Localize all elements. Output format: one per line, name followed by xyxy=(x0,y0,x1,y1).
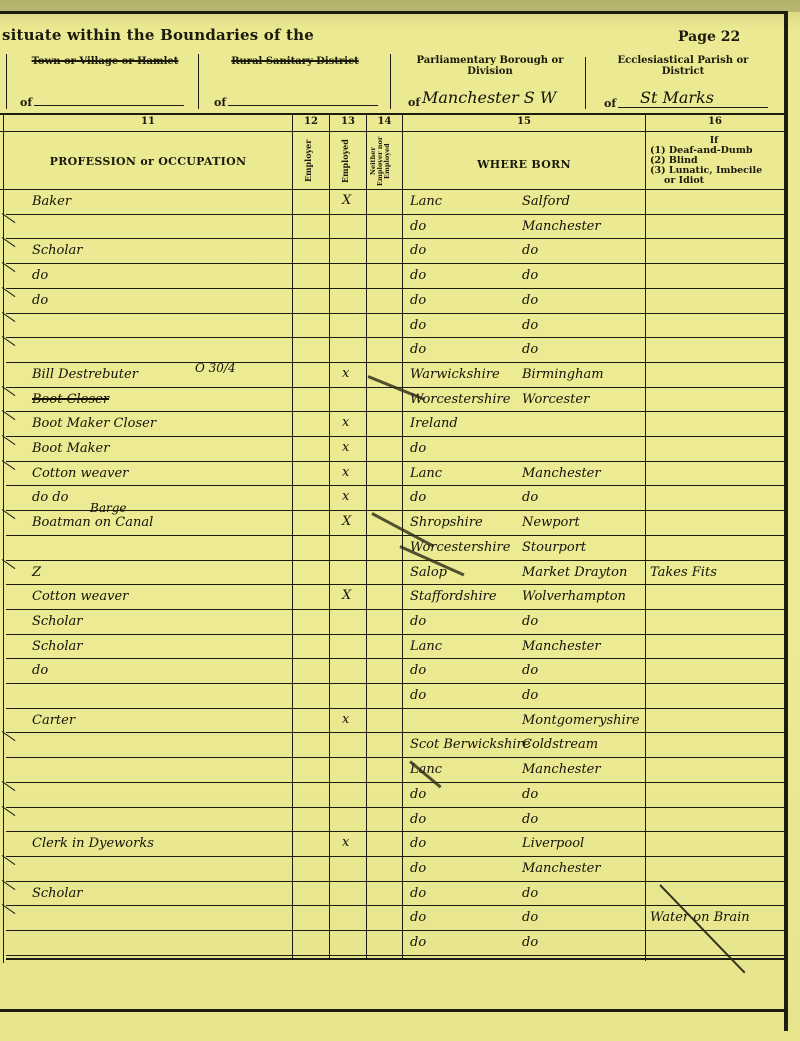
birth-town-cell: do xyxy=(522,935,538,950)
table-row: dododo xyxy=(0,659,782,683)
birth-town-cell: do xyxy=(522,268,538,283)
birth-county-cell: Shropshire xyxy=(410,515,483,530)
birth-county-cell: do xyxy=(410,293,426,308)
table-row: ScholarLancManchester xyxy=(0,635,782,659)
col-number-14: 14 xyxy=(367,116,402,127)
birth-town-cell: Manchester xyxy=(522,466,601,481)
birth-county-cell: do xyxy=(410,688,426,703)
birth-town-cell: do xyxy=(522,243,538,258)
birth-county-cell: do xyxy=(410,243,426,258)
birth-town-cell: do xyxy=(522,318,538,333)
district-label-parliamentary: Parliamentary Borough or Division xyxy=(405,55,575,77)
birth-town-cell: do xyxy=(522,663,538,678)
birth-town-cell: Birmingham xyxy=(522,367,604,382)
birth-town-cell: Salford xyxy=(522,194,570,209)
col-header-neither: Neither Employer nor Employed xyxy=(370,136,396,186)
col-header-employer: Employer xyxy=(304,138,312,184)
birth-town-cell: do xyxy=(522,787,538,802)
table-row: WorcestershireStourport xyxy=(0,536,782,560)
district-label-rural: Rural Sanitary District xyxy=(210,56,380,67)
birth-town-cell: do xyxy=(522,614,538,629)
of-label: of xyxy=(20,96,32,109)
birth-county-cell: Staffordshire xyxy=(410,589,497,604)
table-row: dodo xyxy=(0,338,782,362)
occupation-annotation: Barge xyxy=(90,501,127,515)
table-row: CarterxMontgomeryshire xyxy=(0,709,782,733)
occupation-cell: Boot Maker xyxy=(32,441,109,456)
occupation-cell: Boatman on Canal xyxy=(32,515,153,530)
occupation-cell: do xyxy=(32,293,48,308)
birth-town-cell: do xyxy=(522,886,538,901)
occupation-cell: Scholar xyxy=(32,243,83,258)
census-page: situate within the Boundaries of the Pag… xyxy=(0,0,800,1041)
table-row: Scholardodo xyxy=(0,882,782,906)
town-field-line xyxy=(34,105,184,106)
birth-town-cell: Coldstream xyxy=(522,737,598,752)
table-bottom-rule xyxy=(6,958,784,960)
table-row: Boot CloserWorcestershireWorcester xyxy=(0,388,782,412)
employed-cell: x xyxy=(342,489,349,504)
col-header-infirmity: If (1) Deaf-and-Dumb (2) Blind (3) Lunat… xyxy=(650,136,778,186)
right-border xyxy=(784,11,788,1031)
table-row: dodo xyxy=(0,314,782,338)
table-row: dodoWater on Brain xyxy=(0,906,782,930)
birth-town-cell: Manchester xyxy=(522,639,601,654)
ecclesiastical-parish-value: St Marks xyxy=(640,88,714,107)
table-row: dodo xyxy=(0,931,782,955)
table-row: Cotton weaverxLancManchester xyxy=(0,462,782,486)
birth-town-cell: Wolverhampton xyxy=(522,589,626,604)
occupation-cell: Carter xyxy=(32,713,75,728)
birth-town-cell: do xyxy=(522,342,538,357)
employed-cell: X xyxy=(342,588,351,603)
top-border xyxy=(0,11,786,14)
birth-county-cell: do xyxy=(410,886,426,901)
occupation-cell: Z xyxy=(32,565,41,580)
table-row: Clerk in DyeworksxdoLiverpool xyxy=(0,832,782,856)
occupation-cell: Cotton weaver xyxy=(32,589,128,604)
birth-county-cell: Lanc xyxy=(410,466,442,481)
table-row: dodo xyxy=(0,684,782,708)
birth-town-cell: do xyxy=(522,812,538,827)
birth-county-cell: do xyxy=(410,663,426,678)
occupation-cell: Cotton weaver xyxy=(32,466,128,481)
page-number: Page 22 xyxy=(678,29,740,45)
page-title: situate within the Boundaries of the xyxy=(2,26,314,44)
birth-county-cell: Worcestershire xyxy=(410,392,510,407)
occupation-cell: Scholar xyxy=(32,886,83,901)
table-row: dododo xyxy=(0,264,782,288)
birth-county-cell: do xyxy=(410,441,426,456)
birth-county-cell: do xyxy=(410,614,426,629)
employed-cell: x xyxy=(342,415,349,430)
birth-county-cell: Lanc xyxy=(410,194,442,209)
parliamentary-borough-value: Manchester S W xyxy=(422,88,556,107)
row-rule xyxy=(6,955,784,956)
birth-town-cell: Market Drayton xyxy=(522,565,627,580)
col-header-occupation: PROFESSION or OCCUPATION xyxy=(4,155,292,168)
col-header-employed: Employed xyxy=(341,138,349,184)
infirmity-cell: Takes Fits xyxy=(650,565,717,580)
birth-county-cell: do xyxy=(410,490,426,505)
birth-county-cell: do xyxy=(410,219,426,234)
birth-town-cell: Montgomeryshire xyxy=(522,713,640,728)
occupation-cell: Boot Maker Closer xyxy=(32,416,156,431)
birth-town-cell: Stourport xyxy=(522,540,586,555)
col-number-13: 13 xyxy=(330,116,366,127)
occupation-cell: Boot Closer xyxy=(32,392,109,407)
divider xyxy=(585,57,586,109)
parish-field-line xyxy=(618,107,768,108)
employed-cell: x xyxy=(342,440,349,455)
birth-town-cell: do xyxy=(522,688,538,703)
employed-cell: x xyxy=(342,712,349,727)
birth-county-cell: Lanc xyxy=(410,639,442,654)
col-number-16: 16 xyxy=(646,116,784,127)
birth-town-cell: Manchester xyxy=(522,861,601,876)
table-row: Cotton weaverXStaffordshireWolverhampton xyxy=(0,585,782,609)
birth-town-cell: Manchester xyxy=(522,219,601,234)
employed-cell: X xyxy=(342,193,351,208)
birth-county-cell: do xyxy=(410,861,426,876)
divider xyxy=(198,54,199,109)
birth-county-cell: do xyxy=(410,910,426,925)
table-row: Boot Makerxdo xyxy=(0,437,782,461)
table-row: BakerXLancSalford xyxy=(0,190,782,214)
occupation-cell: do xyxy=(32,663,48,678)
occupation-cell: do do xyxy=(32,490,68,505)
col-number-11: 11 xyxy=(4,116,292,127)
table-row: dodo xyxy=(0,808,782,832)
birth-town-cell: do xyxy=(522,293,538,308)
table-row: ZSalopMarket DraytonTakes Fits xyxy=(0,561,782,585)
infirmity-cell: Water on Brain xyxy=(650,910,750,925)
employed-cell: X xyxy=(342,514,351,529)
table-row: dodo xyxy=(0,783,782,807)
employed-cell: x xyxy=(342,366,349,381)
birth-town-cell: do xyxy=(522,490,538,505)
birth-county-cell: do xyxy=(410,318,426,333)
birth-town-cell: Newport xyxy=(522,515,580,530)
occupation-cell: Scholar xyxy=(32,639,83,654)
birth-county-cell: do xyxy=(410,812,426,827)
occupation-cell: Baker xyxy=(32,194,71,209)
of-label: of xyxy=(604,97,616,110)
rural-field-line xyxy=(228,105,378,106)
occupation-annotation: O 30/4 xyxy=(195,361,236,375)
col-number-12: 12 xyxy=(293,116,329,127)
birth-town-cell: do xyxy=(522,910,538,925)
divider xyxy=(390,54,391,109)
of-label: of xyxy=(214,96,226,109)
district-label-town: Town or Village or Hamlet xyxy=(20,56,190,67)
occupation-cell: Bill Destrebuter xyxy=(32,367,138,382)
birth-county-cell: do xyxy=(410,342,426,357)
col-header-where-born: WHERE BORN xyxy=(403,158,645,171)
employed-cell: x xyxy=(342,465,349,480)
table-row: Scholardodo xyxy=(0,610,782,634)
of-label: of xyxy=(408,96,420,109)
employed-cell: x xyxy=(342,835,349,850)
page-bottom-border xyxy=(0,1009,786,1012)
table-row: Boot Maker CloserxIreland xyxy=(0,412,782,436)
birth-town-cell: Worcester xyxy=(522,392,589,407)
table-row: doManchester xyxy=(0,857,782,881)
birth-town-cell: Liverpool xyxy=(522,836,584,851)
divider xyxy=(6,54,7,109)
col-number-15: 15 xyxy=(403,116,645,127)
birth-county-cell: do xyxy=(410,268,426,283)
birth-county-cell: do xyxy=(410,787,426,802)
birth-county-cell: do xyxy=(410,935,426,950)
table-row: Scot BerwickshireColdstream xyxy=(0,733,782,757)
table-row: LancManchester xyxy=(0,758,782,782)
birth-town-cell: Manchester xyxy=(522,762,601,777)
occupation-cell: Scholar xyxy=(32,614,83,629)
district-label-ecclesiastical: Ecclesiastical Parish or District xyxy=(598,55,768,77)
table-top-border xyxy=(0,113,786,115)
birth-county-cell: Warwickshire xyxy=(410,367,500,382)
column-number-rule xyxy=(0,131,786,132)
infirmity-option-3b: or Idiot xyxy=(650,176,778,186)
table-row: doManchester xyxy=(0,215,782,239)
table-row: dododo xyxy=(0,289,782,313)
birth-county-cell: Scot Berwickshire xyxy=(410,737,530,752)
occupation-cell: do xyxy=(32,268,48,283)
occupation-cell: Clerk in Dyeworks xyxy=(32,836,154,851)
birth-county-cell: Ireland xyxy=(410,416,458,431)
table-row: Scholardodo xyxy=(0,239,782,263)
birth-county-cell: do xyxy=(410,836,426,851)
